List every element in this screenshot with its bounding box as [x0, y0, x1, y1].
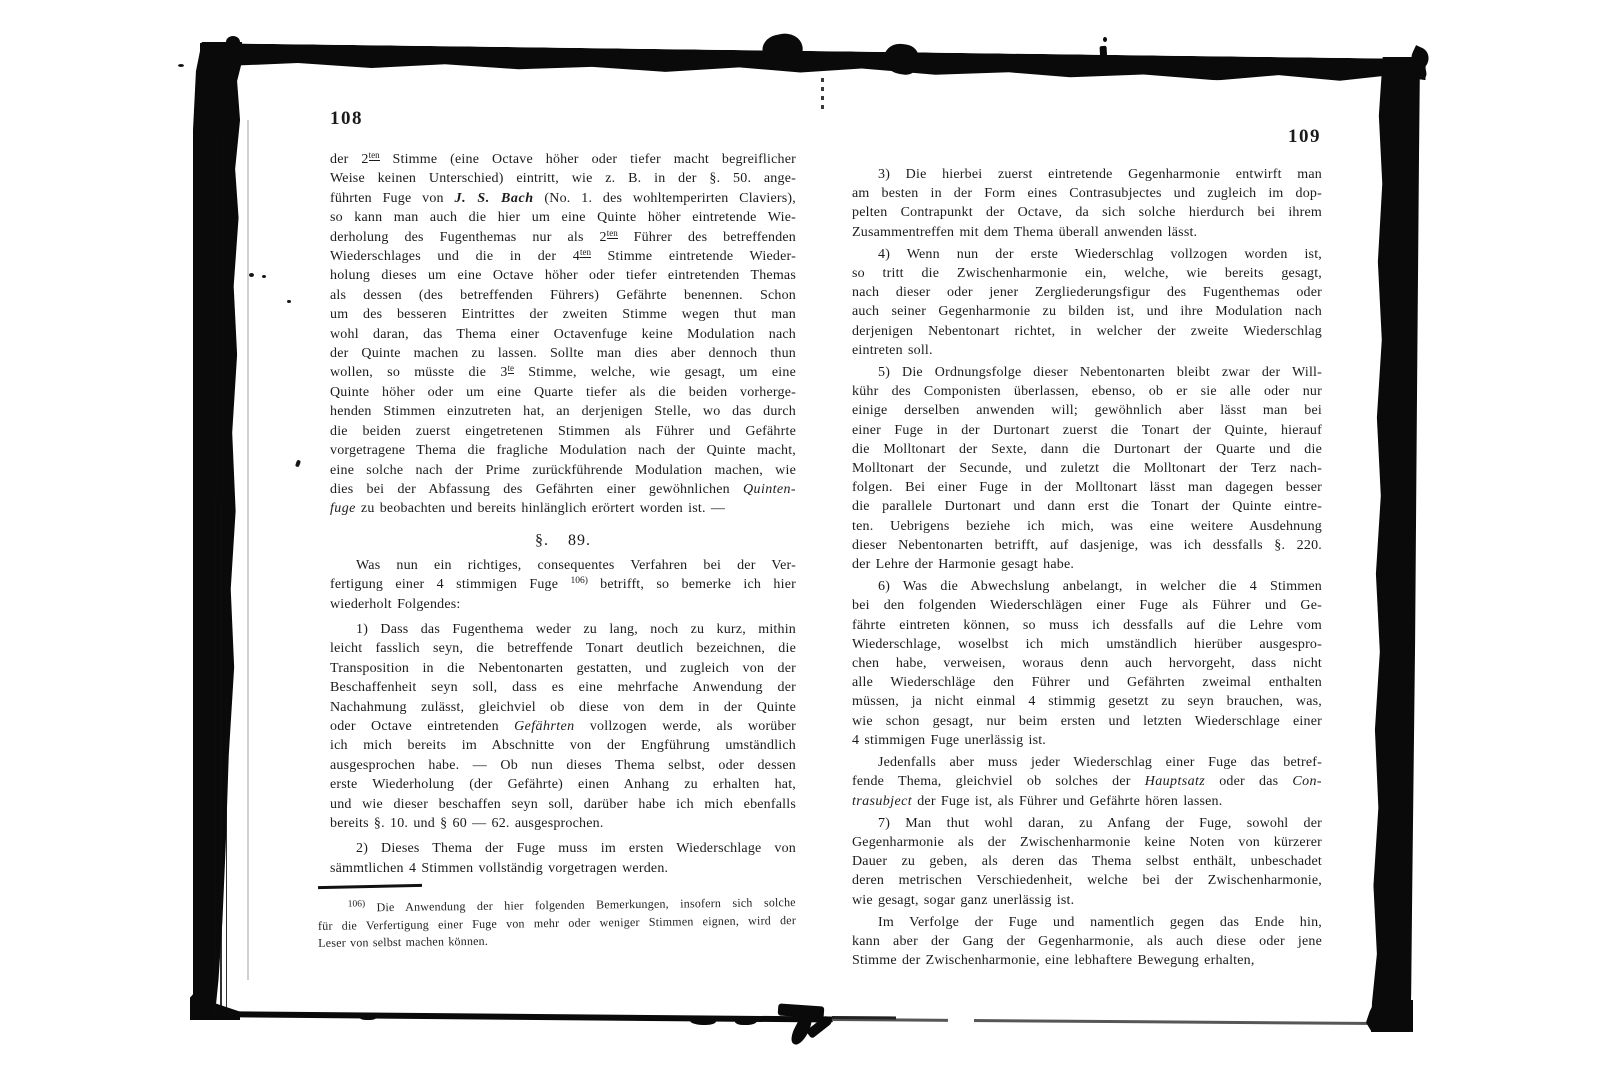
text-line: Im Verfolge der Fuge und namentlich gege…: [852, 913, 1322, 932]
torn-paper-gap: [0, 0, 56, 20]
text-line: Quinte höher oder um eine Quarte tiefer …: [330, 383, 796, 402]
text-line: Zusammentreffen mit dem Thema überall an…: [852, 223, 1322, 242]
ink-blot: [690, 1016, 716, 1025]
torn-paper-mark: [588, 49, 640, 65]
text-line: Gegenharmonie als der Zwischenharmonie k…: [852, 833, 1322, 852]
torn-paper-mark: [882, 42, 920, 76]
text-column-right: 3) Die hierbei zuerst eintretende Gegenh…: [852, 165, 1322, 970]
text-line: kann aber der Gang der Gegenharmonie, al…: [852, 932, 1322, 951]
paragraph: der 2ten Stimme (eine Octave höher oder …: [330, 150, 796, 519]
ink-speck: [262, 275, 266, 278]
ink-speck: [249, 273, 254, 277]
text-line: kühr des Componisten überlassen, ebenso,…: [852, 382, 1322, 401]
text-line: wohl daran, das Thema einer Octavenfuge …: [330, 325, 796, 344]
text-line: Wiederschlage, woselbst ich mich umständ…: [852, 635, 1322, 654]
text-line: 5) Die Ordnungsfolge dieser Nebentonarte…: [852, 363, 1322, 382]
text-line: 6) Was die Abwechslung anbelangt, in wel…: [852, 577, 1322, 596]
text-line: 7) Man thut wohl daran, zu Anfang der Fu…: [852, 814, 1322, 833]
text-line: fertigung einer 4 stimmigen Fuge 106) be…: [330, 575, 796, 594]
paragraph: 7) Man thut wohl daran, zu Anfang der Fu…: [852, 814, 1322, 910]
scan-border-bottom-right: [832, 1018, 1378, 1025]
text-line: Transposition in die Nebentonarten gesta…: [330, 659, 796, 678]
text-line: wie schon gesagt, nur beim ersten und le…: [852, 712, 1322, 731]
text-line: führten Fuge von J. S. Bach (No. 1. des …: [330, 189, 796, 208]
text-line: so tritt die Zwischenharmonie ein, welch…: [852, 264, 1322, 283]
paragraph: Jedenfalls aber muss jeder Wiederschlag …: [852, 753, 1322, 811]
text-line: 4) Wenn nun der erste Wiederschlag vollz…: [852, 245, 1322, 264]
text-line: folgen. Bei einer Fuge in der Molltonart…: [852, 478, 1322, 497]
text-line: und wie dieser beschaffen seyn soll, dar…: [330, 795, 796, 814]
text-line: so kann man auch die hier um eine Quinte…: [330, 208, 796, 227]
text-line: chen habe, verweisen, woraus denn auch h…: [852, 654, 1322, 673]
text-line: einer Fuge in der Durtonart zuerst die T…: [852, 421, 1322, 440]
text-line: am besten in der Form eines Contrasubjec…: [852, 184, 1322, 203]
page-number-right: 109: [1288, 126, 1321, 148]
text-line: Molltonart der Secunde, und zuletzt die …: [852, 459, 1322, 478]
text-line: dieser Nebentonarten betrifft, auf dasje…: [852, 536, 1322, 555]
ink-speck: [1103, 37, 1107, 42]
text-line: Beschaffenheit seyn soll, dass es eine m…: [330, 678, 796, 697]
paragraph: 3) Die hierbei zuerst eintretende Gegenh…: [852, 165, 1322, 242]
text-line: Dauer zu geben, als deren das Thema selb…: [852, 852, 1322, 871]
text-line: nach dieser oder jener Zergliederungsfig…: [852, 283, 1322, 302]
text-line: wiederholt Folgendes:: [330, 595, 796, 614]
text-line: derjenigen Nebentonart richtet, in welch…: [852, 322, 1322, 341]
text-line: alle Wiederschläge den Führer und Gefähr…: [852, 673, 1322, 692]
ink-blot: [360, 1015, 376, 1020]
text-line: dies bei der Abfassung des Gefährten ein…: [330, 480, 796, 499]
text-line: als dessen (des betreffenden Führers) Ge…: [330, 286, 796, 305]
text-line: einige derselben anwenden will; gewöhnli…: [852, 401, 1322, 420]
text-line: der 2ten Stimme (eine Octave höher oder …: [330, 150, 796, 169]
text-line: Weise keinen Unterschied) eintritt, wie …: [330, 169, 796, 188]
paragraph: Was nun ein richtiges, consequentes Verf…: [330, 556, 796, 614]
text-line: bereits §. 10. und § 60 — 62. ausgesproc…: [330, 814, 796, 833]
text-line: wie gesagt, sogar ganz unerlässig ist.: [852, 891, 1322, 910]
scan-border-right: [1371, 57, 1420, 1032]
text-line: die parallele Durtonart und dann erst di…: [852, 497, 1322, 516]
scan-border-bottom-right-start: [832, 1016, 896, 1020]
paragraph: 1) Dass das Fugenthema weder zu lang, no…: [330, 620, 796, 833]
book-scan: 108 der 2ten Stimme (eine Octave höher o…: [0, 0, 1600, 1078]
text-line: derholung des Fugenthemas nur als 2ten F…: [330, 228, 796, 247]
text-line: eintreten soll.: [852, 341, 1322, 360]
text-line: um des besseren Eintrittes der zweiten S…: [330, 305, 796, 324]
paragraph: 6) Was die Abwechslung anbelangt, in wel…: [852, 577, 1322, 750]
paragraph: 5) Die Ordnungsfolge dieser Nebentonarte…: [852, 363, 1322, 574]
text-line: 4 stimmigen Fuge unerlässig ist.: [852, 731, 1322, 750]
text-line: trasubject der Fuge ist, als Führer und …: [852, 792, 1322, 811]
text-line: bei den folgenden Wiederschlägen einer F…: [852, 596, 1322, 615]
text-line: ich mich bereits im Abschnitte von der E…: [330, 736, 796, 755]
text-line: vorgetragene Thema die fragliche Modulat…: [330, 441, 796, 460]
text-line: pelten Contrapunkt der Octave, da sich s…: [852, 203, 1322, 222]
text-line: Wiederschlages und die in der 4ten Stimm…: [330, 247, 796, 266]
text-line: 1) Dass das Fugenthema weder zu lang, no…: [330, 620, 796, 639]
text-line: Jedenfalls aber muss jeder Wiederschlag …: [852, 753, 1322, 772]
paragraph: 4) Wenn nun der erste Wiederschlag vollz…: [852, 245, 1322, 360]
text-line: Nachahmung zulässt, gleichviel ob diese …: [330, 698, 796, 717]
text-line: ausgesprochen habe. — Ob nun dieses Them…: [330, 756, 796, 775]
section-heading: §. 89.: [330, 532, 796, 550]
ink-speck: [178, 64, 184, 67]
scan-line-gap: [948, 1014, 974, 1024]
ink-blot: [735, 1017, 757, 1025]
footnote: 106) Die Anwendung der hier folgenden Be…: [318, 894, 797, 953]
page-edge-streaks: [216, 130, 225, 500]
text-line: oder Octave eintretenden Gefährten vollz…: [330, 717, 796, 736]
text-line: auch seiner Gegenharmonie zu bilden ist,…: [852, 302, 1322, 321]
footnote-rule: [318, 884, 422, 889]
text-line: 2) Dieses Thema der Fuge muss im ersten …: [330, 839, 796, 858]
text-column-left: der 2ten Stimme (eine Octave höher oder …: [330, 150, 796, 878]
text-line: ten. Uebrigens beziehe ich mich, was ein…: [852, 517, 1322, 536]
corner-peak: [226, 36, 240, 48]
text-line: 3) Die hierbei zuerst eintretende Gegenh…: [852, 165, 1322, 184]
text-line: holung dieses um eine Octave höher oder …: [330, 266, 796, 285]
page-number-left: 108: [330, 108, 363, 130]
paragraph: Im Verfolge der Fuge und namentlich gege…: [852, 913, 1322, 971]
text-line: erste Wiederholung (der Gefährte) einen …: [330, 775, 796, 794]
text-line: henden Stimmen einzutreten hat, an derje…: [330, 402, 796, 421]
text-line: sämmtlichen 4 Stimmen vollständig vorget…: [330, 859, 796, 878]
ink-speck: [295, 460, 301, 468]
text-line: fuge zu beobachten und bereits hinlängli…: [330, 499, 796, 518]
text-line: müssen, ja nicht einmal 4 stimmig gesetz…: [852, 692, 1322, 711]
text-line: die beiden zuerst eingetretenen Stimmen …: [330, 422, 796, 441]
text-line: der Quinte machen zu lassen. Sollte man …: [330, 344, 796, 363]
text-line: fährte eintreten können, so muss ich des…: [852, 616, 1322, 635]
text-line: der Lehre der Harmonie gesagt habe.: [852, 555, 1322, 574]
corner-foot-right: [1366, 1000, 1413, 1032]
text-line: fende Thema, gleichviel ob solches der H…: [852, 772, 1322, 791]
text-line: wollen, so müsste die 3te Stimme, welche…: [330, 363, 796, 382]
gutter-dotted-line: [821, 78, 824, 114]
text-line: deren metrischen Verschiedenheit, welche…: [852, 871, 1322, 890]
text-line: leicht fasslich seyn, die betreffende To…: [330, 639, 796, 658]
page-edge-line: [247, 120, 249, 980]
torn-paper-sliver: [793, 63, 851, 69]
text-line: die Molltonart der Sexte, dann die Durto…: [852, 440, 1322, 459]
paragraph: 2) Dieses Thema der Fuge muss im ersten …: [330, 839, 796, 878]
text-line: Stimme der Zwischenharmonie, eine lebhaf…: [852, 951, 1322, 970]
ink-speck: [287, 300, 291, 303]
torn-paper-mark: [1100, 46, 1108, 64]
page-edge-streaks: [214, 500, 227, 1012]
text-line: Was nun ein richtiges, consequentes Verf…: [330, 556, 796, 575]
text-line: eine solche nach der Prime zurückführend…: [330, 461, 796, 480]
